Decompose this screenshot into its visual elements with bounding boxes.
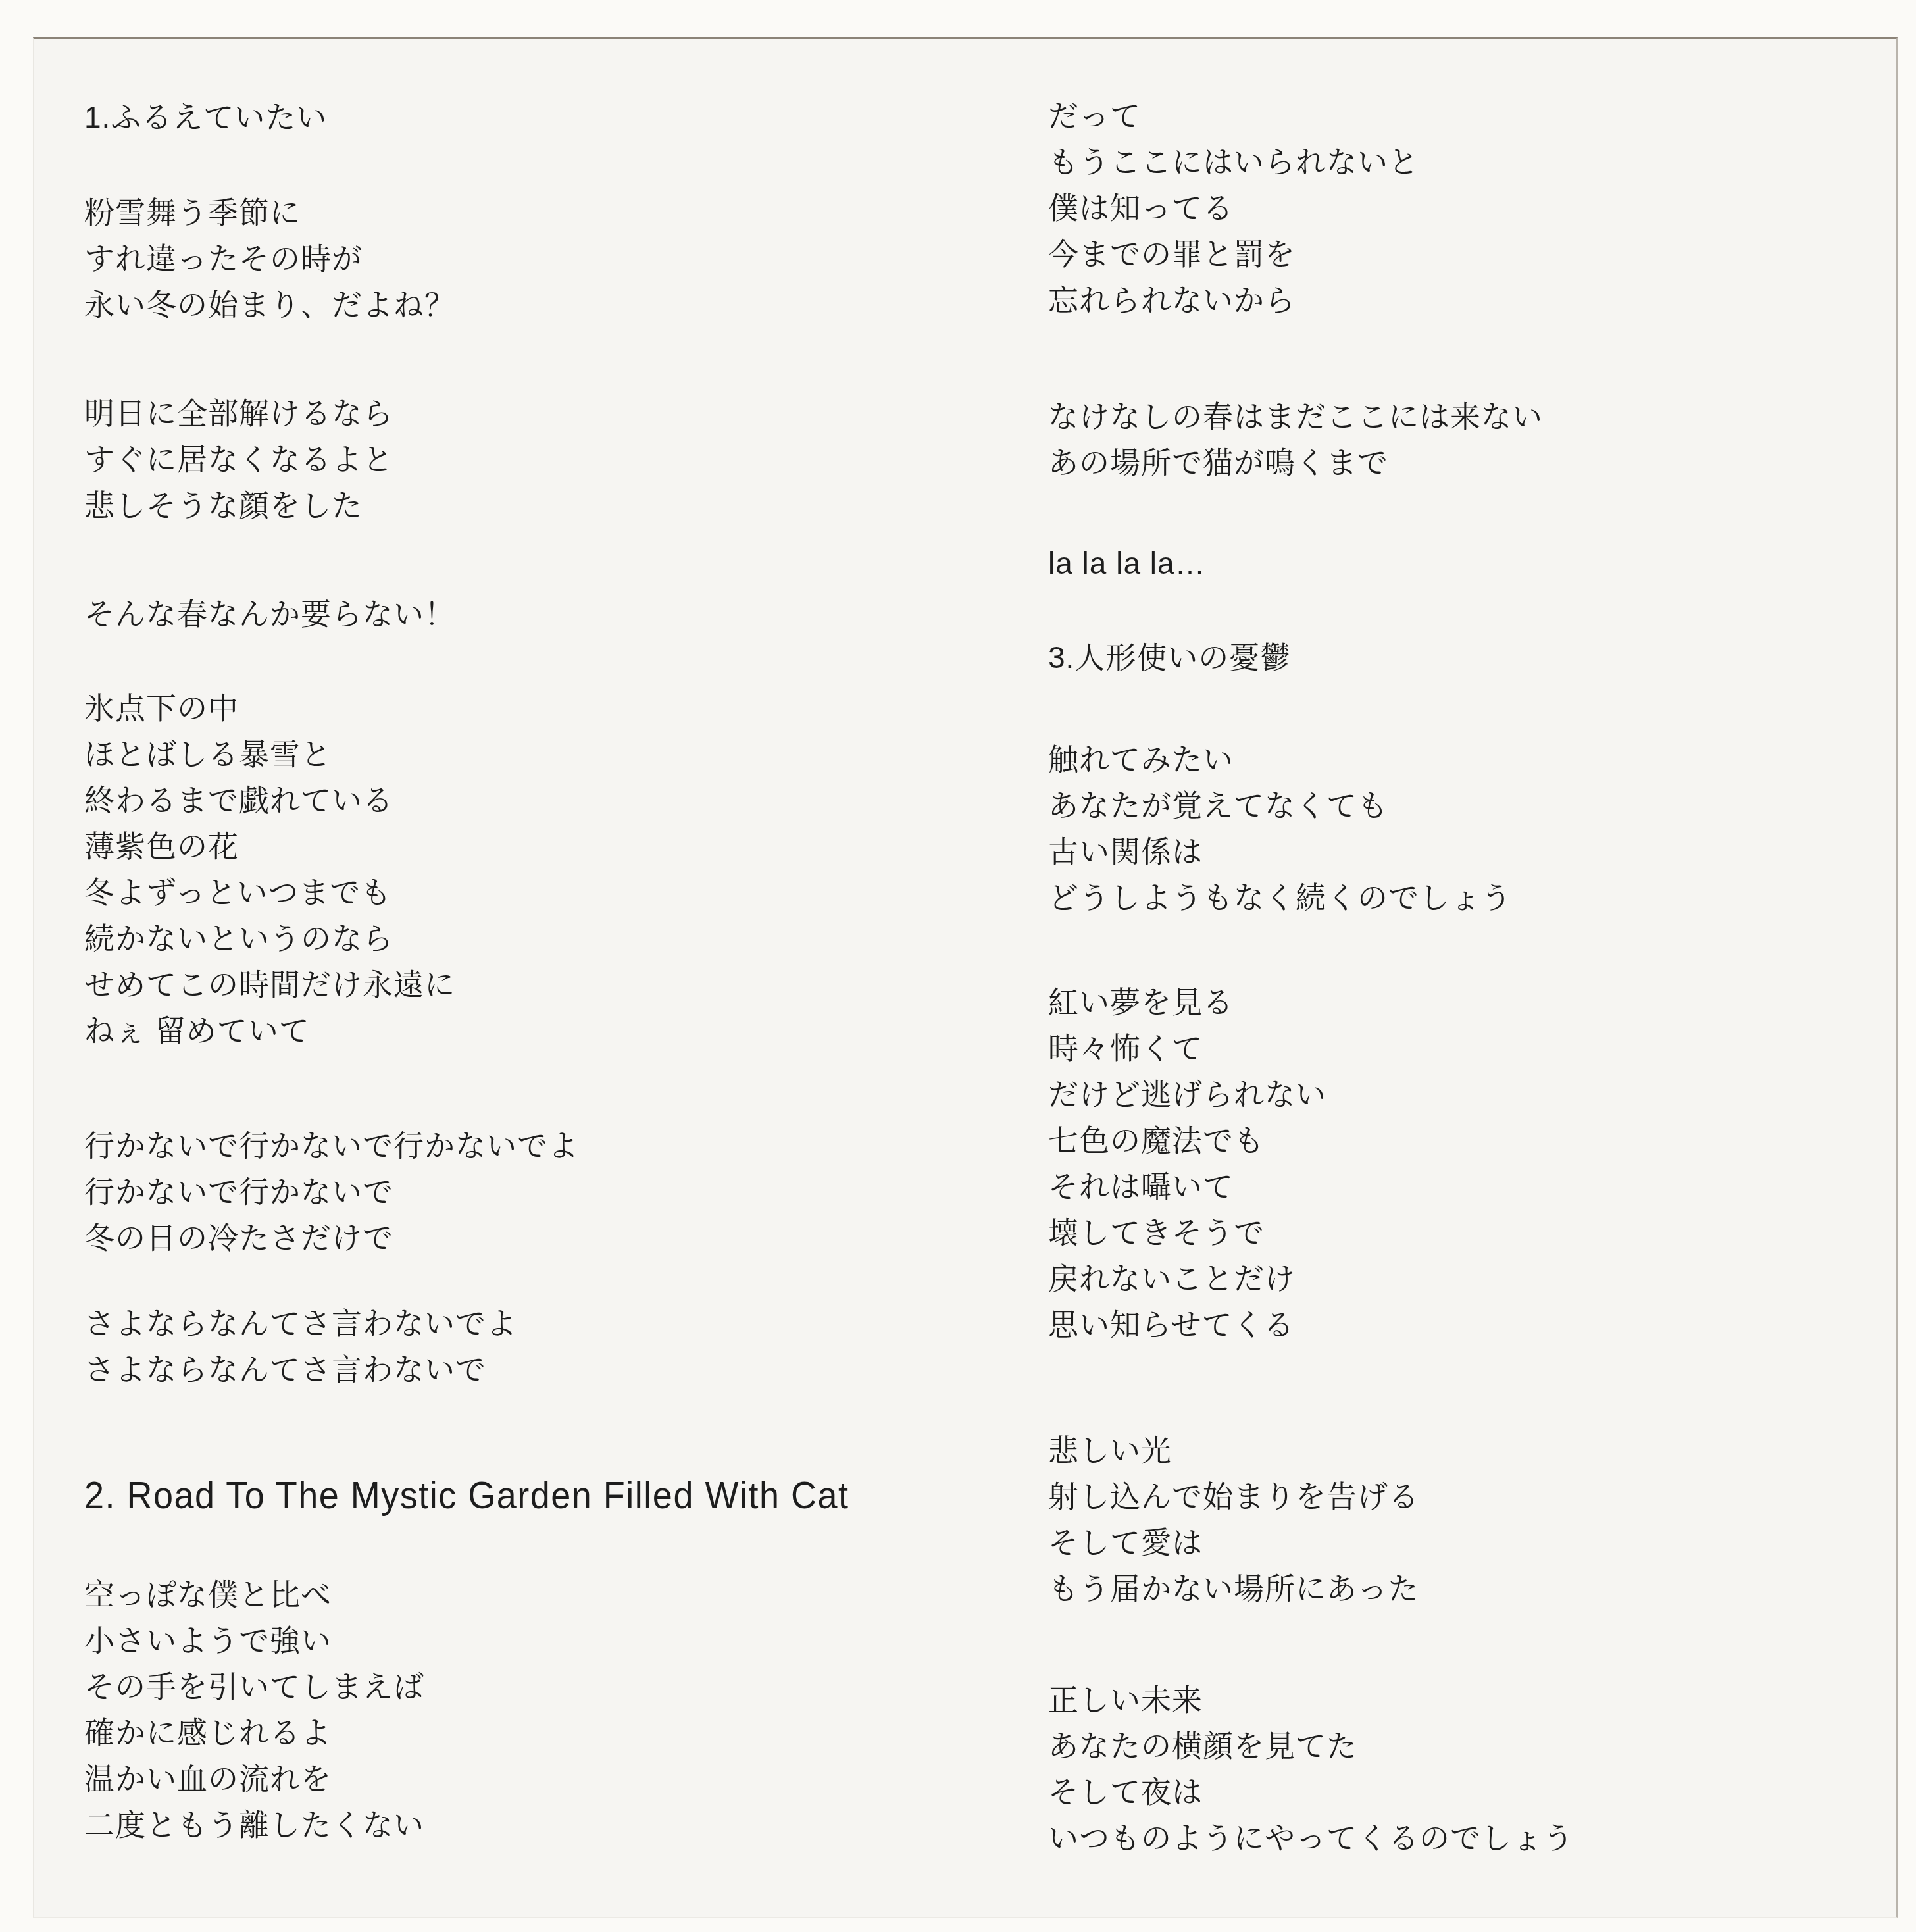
stanza-track1-verse5: 行かないで行かないで行かないでよ 行かないで行かないで 冬の日の冷たさだけで [84, 1123, 579, 1261]
track-1-title: 1.ふるえていたい [84, 94, 327, 140]
lyric-line: 永い冬の始まり、だよね？ [84, 282, 455, 328]
lyric-line: 壊してきそうで [1048, 1209, 1326, 1256]
stanza-track2-verse3: なけなしの春はまだここには来ない あの場所で猫が鳴くまで [1048, 394, 1543, 486]
track-2-title: 2. Road To The Mystic Garden Filled With… [84, 1471, 849, 1520]
stanza-track1-verse1: 粉雪舞う季節に すれ違ったその時が 永い冬の始まり、だよね？ [84, 190, 455, 328]
stanza-track2-verse2: だって もうここにはいられないと 僕は知ってる 今までの罪と罰を 忘れられないか… [1048, 93, 1419, 323]
lyric-line: さよならなんてさ言わないで [84, 1346, 517, 1392]
stanza-track1-verse3: そんな春なんか要らない！ [84, 591, 455, 637]
lyric-line: もうここにはいられないと [1048, 139, 1419, 185]
lyric-line: 僕は知ってる [1048, 185, 1419, 231]
track-3-title: 3.人形使いの憂鬱 [1048, 634, 1291, 680]
lyric-line: 確かに感じれるよ [84, 1710, 424, 1756]
lyric-line: もう届かない場所にあった [1048, 1565, 1419, 1612]
stanza-track3-verse2: 紅い夢を見る 時々怖くて だけど逃げられない 七色の魔法でも それは囁いて 壊し… [1048, 979, 1326, 1348]
stanza-track3-verse4: 正しい未来 あなたの横顔を見てた そして夜は いつものようにやってくるのでしょう [1048, 1677, 1574, 1861]
lyric-line: どうしようもなく続くのでしょう [1048, 875, 1512, 921]
lyric-line: 触れてみたい [1048, 736, 1512, 782]
lyric-line: それは囁いて [1048, 1163, 1326, 1209]
lyric-line: ねぇ 留めていて [84, 1007, 455, 1054]
lyric-line: 古い関係は [1048, 828, 1512, 875]
lyric-line: 終わるまで戯れている [84, 777, 455, 823]
lyric-line: その手を引いてしまえば [84, 1664, 424, 1710]
lyric-line: 忘れられないから [1048, 277, 1419, 323]
lyric-line: そして愛は [1048, 1519, 1419, 1565]
stanza-track3-verse1: 触れてみたい あなたが覚えてなくても 古い関係は どうしようもなく続くのでしょう [1048, 736, 1512, 921]
stanza-track1-verse6: さよならなんてさ言わないでよ さよならなんてさ言わないで [84, 1300, 517, 1392]
stanza-track2-verse1: 空っぽな僕と比べ 小さいようで強い その手を引いてしまえば 確かに感じれるよ 温… [84, 1571, 424, 1848]
lyric-line: 小さいようで強い [84, 1617, 424, 1664]
lyric-line: すぐに居なくなるよと [84, 436, 393, 482]
stanza-track1-verse2: 明日に全部解けるなら すぐに居なくなるよと 悲しそうな顔をした [84, 390, 393, 528]
lyric-line: あなたが覚えてなくても [1048, 782, 1512, 828]
lyric-line: 氷点下の中 [84, 685, 455, 731]
lyric-line: すれ違ったその時が [84, 236, 455, 282]
lyric-line: 七色の魔法でも [1048, 1117, 1326, 1163]
lyric-line: 薄紫色の花 [84, 823, 455, 869]
lyric-line: 悲しそうな顔をした [84, 482, 393, 528]
lyrics-sheet: 1.ふるえていたい 粉雪舞う季節に すれ違ったその時が 永い冬の始まり、だよね？… [33, 37, 1898, 1918]
lyric-line: 二度ともう離したくない [84, 1802, 424, 1848]
lyric-line: 冬よずっといつまでも [84, 869, 455, 915]
lyric-line: 明日に全部解けるなら [84, 390, 393, 436]
lyric-line: 行かないで行かないで [84, 1169, 579, 1215]
lyric-line: ほとばしる暴雪と [84, 731, 455, 777]
lyric-line: 続かないというのなら [84, 915, 455, 961]
stanza-track1-verse4: 氷点下の中 ほとばしる暴雪と 終わるまで戯れている 薄紫色の花 冬よずっといつま… [84, 685, 455, 1054]
lyric-line: 正しい未来 [1048, 1677, 1574, 1723]
lyric-line: あの場所で猫が鳴くまで [1048, 440, 1543, 486]
lyric-line: だって [1048, 93, 1419, 139]
lyric-line: 思い知らせてくる [1048, 1302, 1326, 1348]
lyric-line: 射し込んで始まりを告げる [1048, 1473, 1419, 1519]
lyric-line: そして夜は [1048, 1769, 1574, 1815]
lyric-line: だけど逃げられない [1048, 1071, 1326, 1117]
lyric-line: 冬の日の冷たさだけで [84, 1215, 579, 1261]
lyric-line: 戻れないことだけ [1048, 1256, 1326, 1302]
lyric-line: さよならなんてさ言わないでよ [84, 1300, 517, 1346]
lyric-line: あなたの横顔を見てた [1048, 1723, 1574, 1769]
stanza-track2-lalala: la la la la… [1048, 540, 1206, 586]
lyric-line: la la la la… [1048, 540, 1206, 586]
lyric-line: せめてこの時間だけ永遠に [84, 961, 455, 1007]
lyric-line: 行かないで行かないで行かないでよ [84, 1123, 579, 1169]
lyric-line: なけなしの春はまだここには来ない [1048, 394, 1543, 440]
lyric-line: そんな春なんか要らない！ [84, 591, 455, 637]
lyric-line: 温かい血の流れを [84, 1756, 424, 1802]
lyric-line: 悲しい光 [1048, 1427, 1419, 1473]
lyric-line: 紅い夢を見る [1048, 979, 1326, 1025]
lyric-line: 今までの罪と罰を [1048, 231, 1419, 277]
lyric-line: いつものようにやってくるのでしょう [1048, 1815, 1574, 1861]
lyric-line: 粉雪舞う季節に [84, 190, 455, 236]
lyric-line: 空っぽな僕と比べ [84, 1571, 424, 1617]
lyric-line: 時々怖くて [1048, 1025, 1326, 1071]
stanza-track3-verse3: 悲しい光 射し込んで始まりを告げる そして愛は もう届かない場所にあった [1048, 1427, 1419, 1612]
